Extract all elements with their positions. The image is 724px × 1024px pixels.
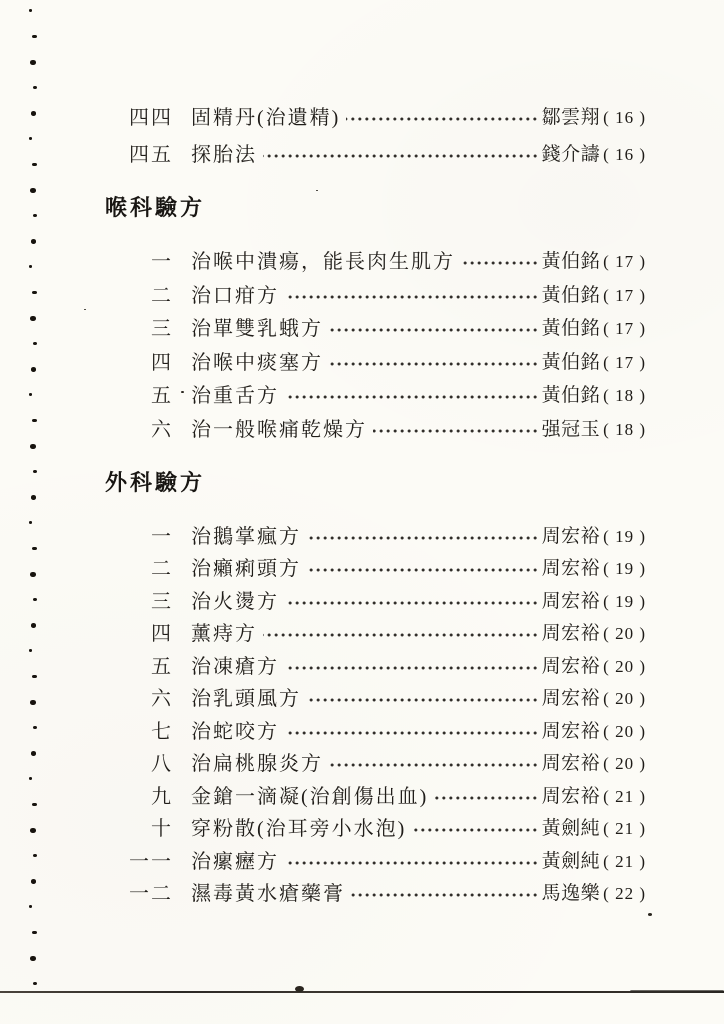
entry-page: ( 19 ) bbox=[603, 557, 646, 581]
dot-leader-icon bbox=[329, 325, 539, 335]
toc-entry: 三 治火燙方 周宏裕 ( 19 ) bbox=[105, 590, 646, 614]
margin-dot bbox=[31, 495, 36, 499]
scan-speck bbox=[648, 913, 652, 916]
margin-dot bbox=[33, 214, 37, 217]
entry-author: 强冠玉 bbox=[542, 418, 601, 442]
toc: 四四 固精丹(治遺精) 鄒雲翔 ( 16 ) 四五 探胎法 錢介譸 ( 16 )… bbox=[105, 106, 646, 915]
entry-title: 治重舌方 bbox=[191, 384, 279, 408]
entry-page: ( 19 ) bbox=[603, 590, 646, 614]
entry-title: 治鵝掌瘋方 bbox=[191, 525, 301, 549]
margin-dot bbox=[32, 803, 37, 807]
toc-entry: 三 治單雙乳蛾方 黃伯銘 ( 17 ) bbox=[105, 317, 646, 341]
dot-leader-icon bbox=[307, 533, 539, 543]
entry-title: 治凍瘡方 bbox=[191, 655, 279, 679]
margin-dot bbox=[33, 854, 37, 857]
toc-entry: 一一 治瘰癧方 黃劍純 ( 21 ) bbox=[105, 850, 646, 874]
toc-section: 外科驗方 一 治鵝掌瘋方 周宏裕 ( 19 ) 二 治癩痢頭方 周宏裕 ( 19… bbox=[105, 470, 646, 907]
entry-author: 周宏裕 bbox=[542, 655, 601, 679]
entry-author: 黃伯銘 bbox=[542, 384, 601, 408]
entry-author: 周宏裕 bbox=[542, 687, 601, 711]
entry-page: ( 18 ) bbox=[603, 384, 646, 408]
entry-number: 六 bbox=[105, 418, 173, 442]
toc-entry: 八 治扁桃腺炎方 周宏裕 ( 20 ) bbox=[105, 752, 646, 776]
entry-page: ( 17 ) bbox=[603, 351, 646, 375]
margin-dot bbox=[32, 675, 37, 679]
toc-entry: 五 治凍瘡方 周宏裕 ( 20 ) bbox=[105, 655, 646, 679]
entry-author: 周宏裕 bbox=[542, 590, 601, 614]
margin-dot bbox=[30, 316, 36, 321]
entry-number: 七 bbox=[105, 720, 173, 744]
margin-dot bbox=[31, 879, 36, 883]
margin-dot bbox=[30, 956, 36, 961]
entry-page: ( 16 ) bbox=[603, 143, 646, 167]
margin-dot bbox=[29, 521, 32, 524]
entry-page: ( 21 ) bbox=[603, 817, 646, 841]
entry-number: 一 bbox=[105, 250, 173, 274]
entry-page: ( 19 ) bbox=[603, 525, 646, 549]
margin-dot bbox=[31, 239, 36, 243]
dot-leader-icon bbox=[461, 258, 539, 268]
entry-author: 周宏裕 bbox=[542, 525, 601, 549]
toc-entry: 七 治蛇咬方 周宏裕 ( 20 ) bbox=[105, 720, 646, 744]
margin-dot bbox=[30, 828, 36, 833]
toc-entry: 二 治癩痢頭方 周宏裕 ( 19 ) bbox=[105, 557, 646, 581]
entry-page: ( 22 ) bbox=[603, 882, 646, 906]
entry-title: 治一般喉痛乾燥方 bbox=[191, 418, 367, 442]
entry-author: 鄒雲翔 bbox=[542, 106, 601, 130]
entry-title: 治扁桃腺炎方 bbox=[191, 752, 323, 776]
margin-dot bbox=[29, 777, 32, 780]
margin-dot bbox=[31, 111, 36, 115]
margin-dot bbox=[29, 905, 32, 908]
entry-title: 治單雙乳蛾方 bbox=[191, 317, 323, 341]
entry-number: 一 bbox=[105, 525, 173, 549]
margin-dot bbox=[33, 342, 37, 345]
entry-author: 周宏裕 bbox=[542, 622, 601, 646]
entry-page: ( 21 ) bbox=[603, 785, 646, 809]
margin-dot bbox=[29, 649, 32, 652]
entry-page: ( 20 ) bbox=[603, 655, 646, 679]
entry-author: 黃劍純 bbox=[542, 817, 601, 841]
dot-leader-icon bbox=[285, 858, 539, 868]
entry-title: 金鎗一滴凝(治創傷出血) bbox=[191, 785, 428, 809]
entry-page: ( 17 ) bbox=[603, 250, 646, 274]
margin-dot bbox=[33, 982, 37, 985]
entry-number: 五 bbox=[105, 384, 173, 408]
margin-dot bbox=[33, 598, 37, 601]
entry-number: 二 bbox=[105, 557, 173, 581]
entry-author: 周宏裕 bbox=[542, 557, 601, 581]
margin-dot bbox=[32, 35, 37, 39]
entry-author: 錢介譸 bbox=[542, 143, 601, 167]
dot-leader-icon bbox=[285, 728, 539, 738]
entry-author: 周宏裕 bbox=[542, 752, 601, 776]
section-heading: 喉科驗方 bbox=[105, 195, 646, 221]
entry-title: 治喉中潰瘍，能長肉生肌方 bbox=[191, 250, 455, 274]
dot-leader-icon bbox=[263, 630, 539, 640]
entry-page: ( 20 ) bbox=[603, 622, 646, 646]
entry-author: 黃伯銘 bbox=[542, 250, 601, 274]
entry-title: 治乳頭風方 bbox=[191, 687, 301, 711]
margin-dot bbox=[29, 265, 32, 268]
entry-number: 一一 bbox=[105, 850, 173, 874]
entry-author: 黃劍純 bbox=[542, 850, 601, 874]
entry-title: 治瘰癧方 bbox=[191, 850, 279, 874]
toc-section: 喉科驗方 一 治喉中潰瘍，能長肉生肌方 黃伯銘 ( 17 ) 二 治口疳方 黃伯… bbox=[105, 195, 646, 442]
dot-leader-icon bbox=[434, 793, 538, 803]
toc-entry: 四 治喉中痰塞方 黃伯銘 ( 17 ) bbox=[105, 351, 646, 375]
toc-rows: 四四 固精丹(治遺精) 鄒雲翔 ( 16 ) 四五 探胎法 錢介譸 ( 16 ) bbox=[105, 106, 646, 167]
dot-leader-icon bbox=[412, 825, 538, 835]
entry-number: 五 bbox=[105, 655, 173, 679]
section-heading: 外科驗方 bbox=[105, 470, 646, 496]
entry-author: 周宏裕 bbox=[542, 720, 601, 744]
margin-dot bbox=[31, 751, 36, 755]
entry-page: ( 16 ) bbox=[603, 106, 646, 130]
toc-rows: 一 治喉中潰瘍，能長肉生肌方 黃伯銘 ( 17 ) 二 治口疳方 黃伯銘 ( 1… bbox=[105, 250, 646, 442]
entry-title: 探胎法 bbox=[191, 143, 257, 167]
margin-dot bbox=[29, 137, 32, 140]
entry-number: 九 bbox=[105, 785, 173, 809]
entry-title: 治火燙方 bbox=[191, 590, 279, 614]
entry-author: 黃伯銘 bbox=[542, 351, 601, 375]
entry-page: ( 20 ) bbox=[603, 687, 646, 711]
entry-title: 穿粉散(治耳旁小水泡) bbox=[191, 817, 406, 841]
margin-dot bbox=[31, 367, 36, 371]
entry-page: ( 20 ) bbox=[603, 752, 646, 776]
margin-dot bbox=[29, 9, 32, 12]
entry-page: ( 20 ) bbox=[603, 720, 646, 744]
dot-leader-icon bbox=[329, 760, 539, 770]
entry-page: ( 17 ) bbox=[603, 317, 646, 341]
entry-number: 四五 bbox=[105, 143, 173, 167]
margin-dot bbox=[33, 470, 37, 473]
entry-number: 四 bbox=[105, 351, 173, 375]
toc-entry: 六 治乳頭風方 周宏裕 ( 20 ) bbox=[105, 687, 646, 711]
scan-speck bbox=[84, 309, 86, 310]
toc-entry: 六 治一般喉痛乾燥方 强冠玉 ( 18 ) bbox=[105, 418, 646, 442]
entry-author: 周宏裕 bbox=[542, 785, 601, 809]
entry-page: ( 18 ) bbox=[603, 418, 646, 442]
margin-dot bbox=[30, 60, 36, 65]
margin-dot bbox=[30, 572, 36, 577]
dot-leader-icon bbox=[373, 426, 539, 436]
margin-dot bbox=[30, 188, 36, 193]
toc-entry: 一 治鵝掌瘋方 周宏裕 ( 19 ) bbox=[105, 525, 646, 549]
toc-entry: 四四 固精丹(治遺精) 鄒雲翔 ( 16 ) bbox=[105, 106, 646, 130]
toc-entry: 十 穿粉散(治耳旁小水泡) 黃劍純 ( 21 ) bbox=[105, 817, 646, 841]
entry-number: 三 bbox=[105, 317, 173, 341]
margin-dot bbox=[32, 163, 37, 167]
dot-leader-icon bbox=[285, 598, 539, 608]
toc-entry: 九 金鎗一滴凝(治創傷出血) 周宏裕 ( 21 ) bbox=[105, 785, 646, 809]
entry-number: 八 bbox=[105, 752, 173, 776]
entry-title: 治喉中痰塞方 bbox=[191, 351, 323, 375]
margin-dot bbox=[32, 931, 37, 935]
entry-author: 馬逸樂 bbox=[542, 882, 601, 906]
entry-number: 四四 bbox=[105, 106, 173, 130]
toc-entry: 一二 濕毒黃水瘡藥膏 馬逸樂 ( 22 ) bbox=[105, 882, 646, 906]
entry-number: 十 bbox=[105, 817, 173, 841]
margin-dot bbox=[31, 623, 36, 627]
toc-entry: 四五 探胎法 錢介譸 ( 16 ) bbox=[105, 143, 646, 167]
dot-leader-icon bbox=[329, 359, 539, 369]
entry-number: 一二 bbox=[105, 882, 173, 906]
toc-entry: 二 治口疳方 黃伯銘 ( 17 ) bbox=[105, 284, 646, 308]
entry-author: 黃伯銘 bbox=[542, 284, 601, 308]
entry-title: 治口疳方 bbox=[191, 284, 279, 308]
toc-entry: 五 治重舌方 黃伯銘 ( 18 ) bbox=[105, 384, 646, 408]
dot-leader-icon bbox=[285, 392, 539, 402]
entry-number: 六 bbox=[105, 687, 173, 711]
entry-author: 黃伯銘 bbox=[542, 317, 601, 341]
dot-leader-icon bbox=[307, 565, 539, 575]
margin-dot bbox=[32, 291, 37, 295]
margin-dot bbox=[32, 419, 37, 423]
scanned-page: 四四 固精丹(治遺精) 鄒雲翔 ( 16 ) 四五 探胎法 錢介譸 ( 16 )… bbox=[0, 0, 724, 1024]
entry-title: 濕毒黃水瘡藥膏 bbox=[191, 882, 345, 906]
margin-dot bbox=[32, 547, 37, 551]
entry-title: 固精丹(治遺精) bbox=[191, 106, 340, 130]
page-bottom-edge bbox=[0, 991, 724, 993]
margin-dot bbox=[30, 700, 36, 705]
toc-section: 四四 固精丹(治遺精) 鄒雲翔 ( 16 ) 四五 探胎法 錢介譸 ( 16 ) bbox=[105, 106, 646, 167]
margin-dot bbox=[29, 393, 32, 396]
entry-page: ( 21 ) bbox=[603, 850, 646, 874]
entry-page: ( 17 ) bbox=[603, 284, 646, 308]
entry-title: 治蛇咬方 bbox=[191, 720, 279, 744]
margin-dot bbox=[30, 444, 36, 449]
dot-leader-icon bbox=[307, 695, 539, 705]
entry-number: 四 bbox=[105, 622, 173, 646]
margin-dot bbox=[33, 86, 37, 89]
entry-number: 二 bbox=[105, 284, 173, 308]
dot-leader-icon bbox=[285, 663, 539, 673]
margin-dot bbox=[33, 726, 37, 729]
toc-entry: 四 薰痔方 周宏裕 ( 20 ) bbox=[105, 622, 646, 646]
entry-number: 三 bbox=[105, 590, 173, 614]
dot-leader-icon bbox=[285, 292, 539, 302]
dot-leader-icon bbox=[346, 114, 538, 124]
toc-entry: 一 治喉中潰瘍，能長肉生肌方 黃伯銘 ( 17 ) bbox=[105, 250, 646, 274]
entry-title: 治癩痢頭方 bbox=[191, 557, 301, 581]
toc-rows: 一 治鵝掌瘋方 周宏裕 ( 19 ) 二 治癩痢頭方 周宏裕 ( 19 ) 三 … bbox=[105, 525, 646, 907]
dot-leader-icon bbox=[351, 890, 539, 900]
dot-leader-icon bbox=[263, 151, 539, 161]
entry-title: 薰痔方 bbox=[191, 622, 257, 646]
